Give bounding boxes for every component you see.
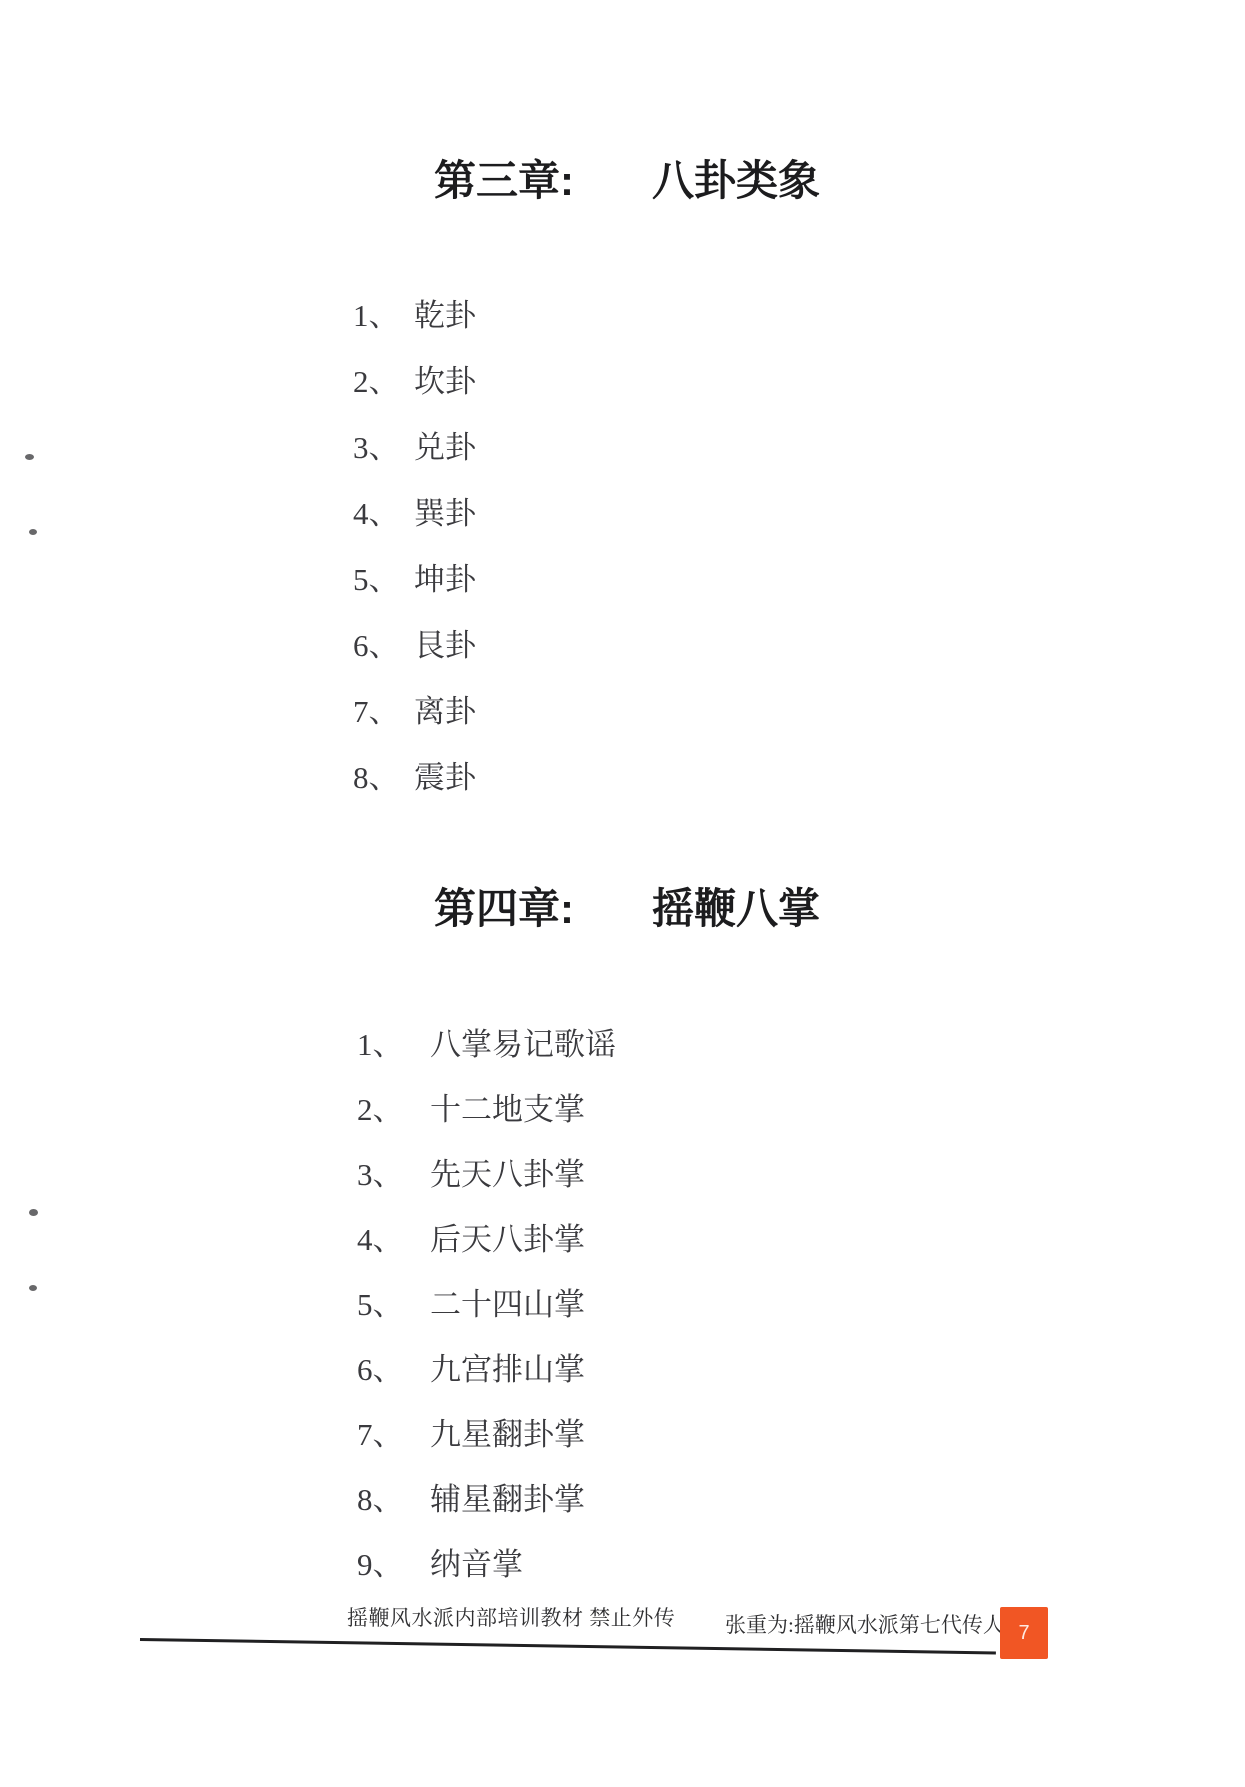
item-label: 坎卦 [414, 364, 476, 399]
item-number: 5、 [353, 563, 414, 597]
item-label: 九星翻卦掌 [430, 1417, 585, 1452]
footer-training-material-notice: 摇鞭风水派内部培训教材 禁止外传 [347, 1605, 675, 1631]
toc-item: 4、巽卦 [353, 497, 476, 563]
item-number: 3、 [357, 1158, 430, 1192]
item-number: 8、 [353, 761, 414, 795]
toc-item: 6、艮卦 [353, 629, 476, 695]
item-number: 1、 [357, 1028, 430, 1062]
scan-speck [25, 454, 34, 460]
toc-item: 7、离卦 [353, 695, 476, 761]
toc-item: 9、纳音掌 [357, 1548, 616, 1613]
chapter4-title: 第四章: 摇鞭八掌 [434, 886, 820, 932]
item-label: 震卦 [414, 760, 476, 795]
item-label: 艮卦 [414, 628, 476, 663]
item-label: 辅星翻卦掌 [430, 1482, 585, 1517]
footer-divider-line [140, 1638, 996, 1654]
item-label: 乾卦 [414, 298, 476, 333]
toc-item: 8、辅星翻卦掌 [357, 1483, 616, 1548]
chapter4-title-number: 第四章: [434, 886, 574, 932]
item-label: 八掌易记歌谣 [430, 1027, 616, 1062]
item-number: 1、 [353, 299, 414, 333]
toc-item: 5、二十四山掌 [357, 1288, 616, 1353]
chapter3-title: 第三章: 八卦类象 [434, 158, 820, 204]
toc-item: 2、坎卦 [353, 365, 476, 431]
item-number: 4、 [357, 1223, 430, 1257]
item-number: 7、 [357, 1418, 430, 1452]
item-label: 先天八卦掌 [430, 1157, 585, 1192]
item-number: 5、 [357, 1288, 430, 1322]
item-number: 3、 [353, 431, 414, 465]
toc-item: 8、震卦 [353, 761, 476, 827]
item-label: 九宫排山掌 [430, 1352, 585, 1387]
chapter3-title-name: 八卦类象 [652, 158, 820, 204]
toc-item: 7、九星翻卦掌 [357, 1418, 616, 1483]
toc-item: 6、九宫排山掌 [357, 1353, 616, 1418]
item-label: 巽卦 [414, 496, 476, 531]
toc-item: 2、十二地支掌 [357, 1093, 616, 1158]
item-label: 后天八卦掌 [430, 1222, 585, 1257]
item-number: 9、 [357, 1548, 430, 1582]
item-number: 4、 [353, 497, 414, 531]
toc-item: 5、坤卦 [353, 563, 476, 629]
item-label: 坤卦 [414, 562, 476, 597]
toc-item: 4、后天八卦掌 [357, 1223, 616, 1288]
footer-author-lineage: 张重为:摇鞭风水派第七代传人 [725, 1612, 1004, 1638]
item-number: 2、 [357, 1093, 430, 1127]
item-label: 十二地支掌 [430, 1092, 585, 1127]
item-number: 7、 [353, 695, 414, 729]
chapter3-title-number: 第三章: [434, 158, 574, 204]
item-number: 2、 [353, 365, 414, 399]
scan-speck [29, 1209, 38, 1216]
item-label: 兑卦 [414, 430, 476, 465]
toc-item: 3、兑卦 [353, 431, 476, 497]
item-label: 纳音掌 [430, 1547, 523, 1582]
item-label: 二十四山掌 [430, 1287, 585, 1322]
scan-speck [29, 529, 37, 535]
chapter3-item-list: 1、乾卦 2、坎卦 3、兑卦 4、巽卦 5、坤卦 6、艮卦 7、离卦 8、震卦 [353, 299, 476, 827]
item-number: 6、 [357, 1353, 430, 1387]
scan-speck [29, 1285, 37, 1291]
toc-item: 1、八掌易记歌谣 [357, 1028, 616, 1093]
page-number-badge: 7 [1000, 1607, 1048, 1659]
scanned-document-page: 第三章: 八卦类象 1、乾卦 2、坎卦 3、兑卦 4、巽卦 5、坤卦 6、艮卦 … [0, 0, 1245, 1787]
chapter4-title-name: 摇鞭八掌 [652, 886, 820, 932]
item-number: 8、 [357, 1483, 430, 1517]
item-label: 离卦 [414, 694, 476, 729]
chapter4-item-list: 1、八掌易记歌谣 2、十二地支掌 3、先天八卦掌 4、后天八卦掌 5、二十四山掌… [357, 1028, 616, 1613]
toc-item: 1、乾卦 [353, 299, 476, 365]
toc-item: 3、先天八卦掌 [357, 1158, 616, 1223]
item-number: 6、 [353, 629, 414, 663]
